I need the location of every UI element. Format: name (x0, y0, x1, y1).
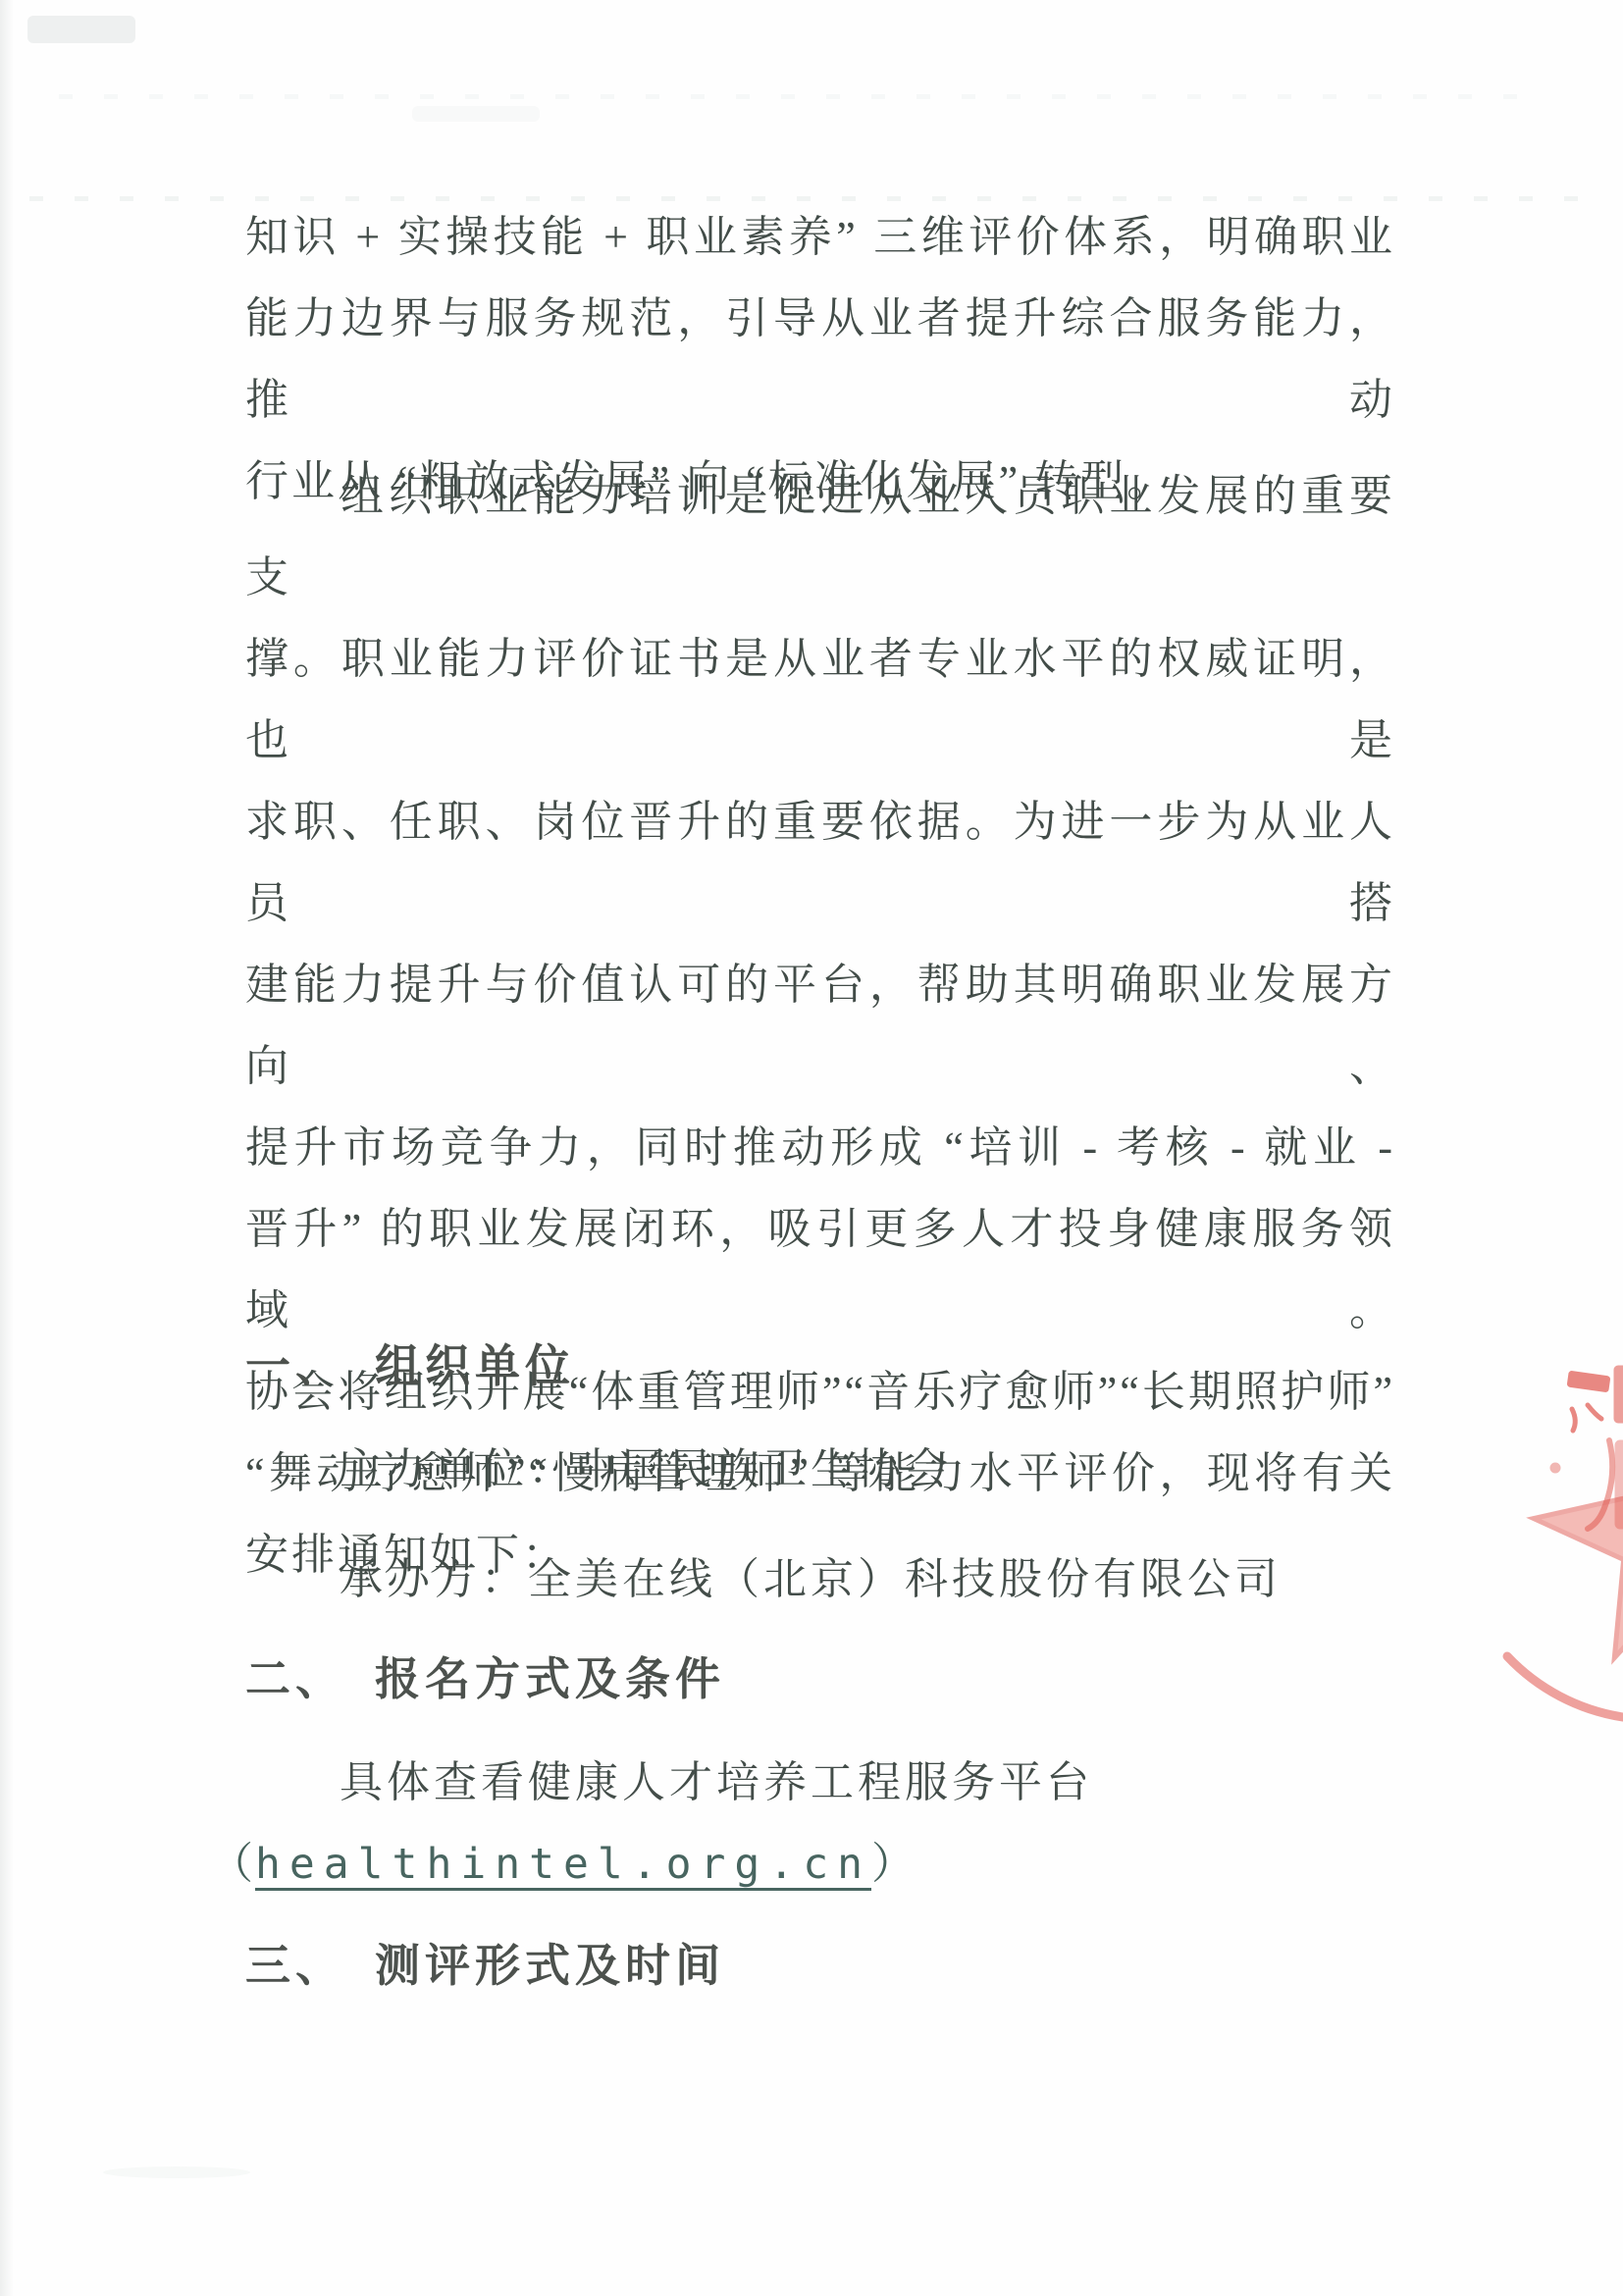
scan-smudge (27, 16, 135, 43)
section-number: 三、 (245, 1940, 345, 1991)
text-line: 组织职业能力培训是促进从业人员职业发展的重要支 (245, 455, 1395, 618)
section-heading-2: 二、报名方式及条件 (245, 1647, 725, 1710)
signup-platform-line: 具体查看健康人才培养工程服务平台 (340, 1753, 1093, 1812)
section-title: 组织单位 (375, 1340, 575, 1391)
platform-url-link[interactable]: healthintel.org.cn (255, 1840, 871, 1889)
scan-edge-shadow (0, 0, 14, 2296)
text-line: 晋升” 的职业发展闭环，吸引更多人才投身健康服务领域。 (245, 1188, 1395, 1351)
organizer-line: 承办方：全美在线（北京）科技股份有限公司 (340, 1550, 1282, 1609)
text-line: 建能力提升与价值认可的平台，帮助其明确职业发展方向、 (245, 944, 1395, 1107)
open-paren: （ (210, 1840, 255, 1888)
scanned-document-page: 知识 + 实操技能 + 职业素养” 三维评价体系，明确职业 能力边界与服务规范，… (0, 0, 1623, 2296)
section-heading-1: 一、组织单位 (245, 1334, 575, 1397)
text-line: 提升市场竞争力，同时推动形成 “培训 - 考核 - 就业 - (245, 1107, 1395, 1188)
section-title: 报名方式及条件 (375, 1653, 725, 1704)
section-title: 测评形式及时间 (375, 1940, 725, 1991)
scan-speck (103, 2166, 250, 2178)
text-line: 能力边界与服务规范，引导从业者提升综合服务能力，推动 (245, 278, 1395, 441)
text-line: 知识 + 实操技能 + 职业素养” 三维评价体系，明确职业 (245, 196, 1395, 278)
platform-url-line: （healthintel.org.cn） (210, 1833, 916, 1896)
text-line: 求职、任职、岗位晋升的重要依据。为进一步为从业人员搭 (245, 781, 1395, 944)
text-line: 撑。职业能力评价证书是从业者专业水平的权威证明，也是 (245, 618, 1395, 781)
section-heading-3: 三、测评形式及时间 (245, 1934, 725, 1997)
scan-streak (59, 94, 1531, 99)
close-paren: ） (871, 1840, 916, 1888)
section-number: 一、 (245, 1340, 345, 1391)
section-number: 二、 (245, 1653, 345, 1704)
host-unit-line: 主办单位：中国民族卫生协会 (340, 1440, 952, 1499)
paragraph-main: 组织职业能力培训是促进从业人员职业发展的重要支 撑。职业能力评价证书是从业者专业… (245, 455, 1395, 1595)
official-seal-icon (1413, 1276, 1623, 1786)
scan-smudge (412, 106, 540, 122)
